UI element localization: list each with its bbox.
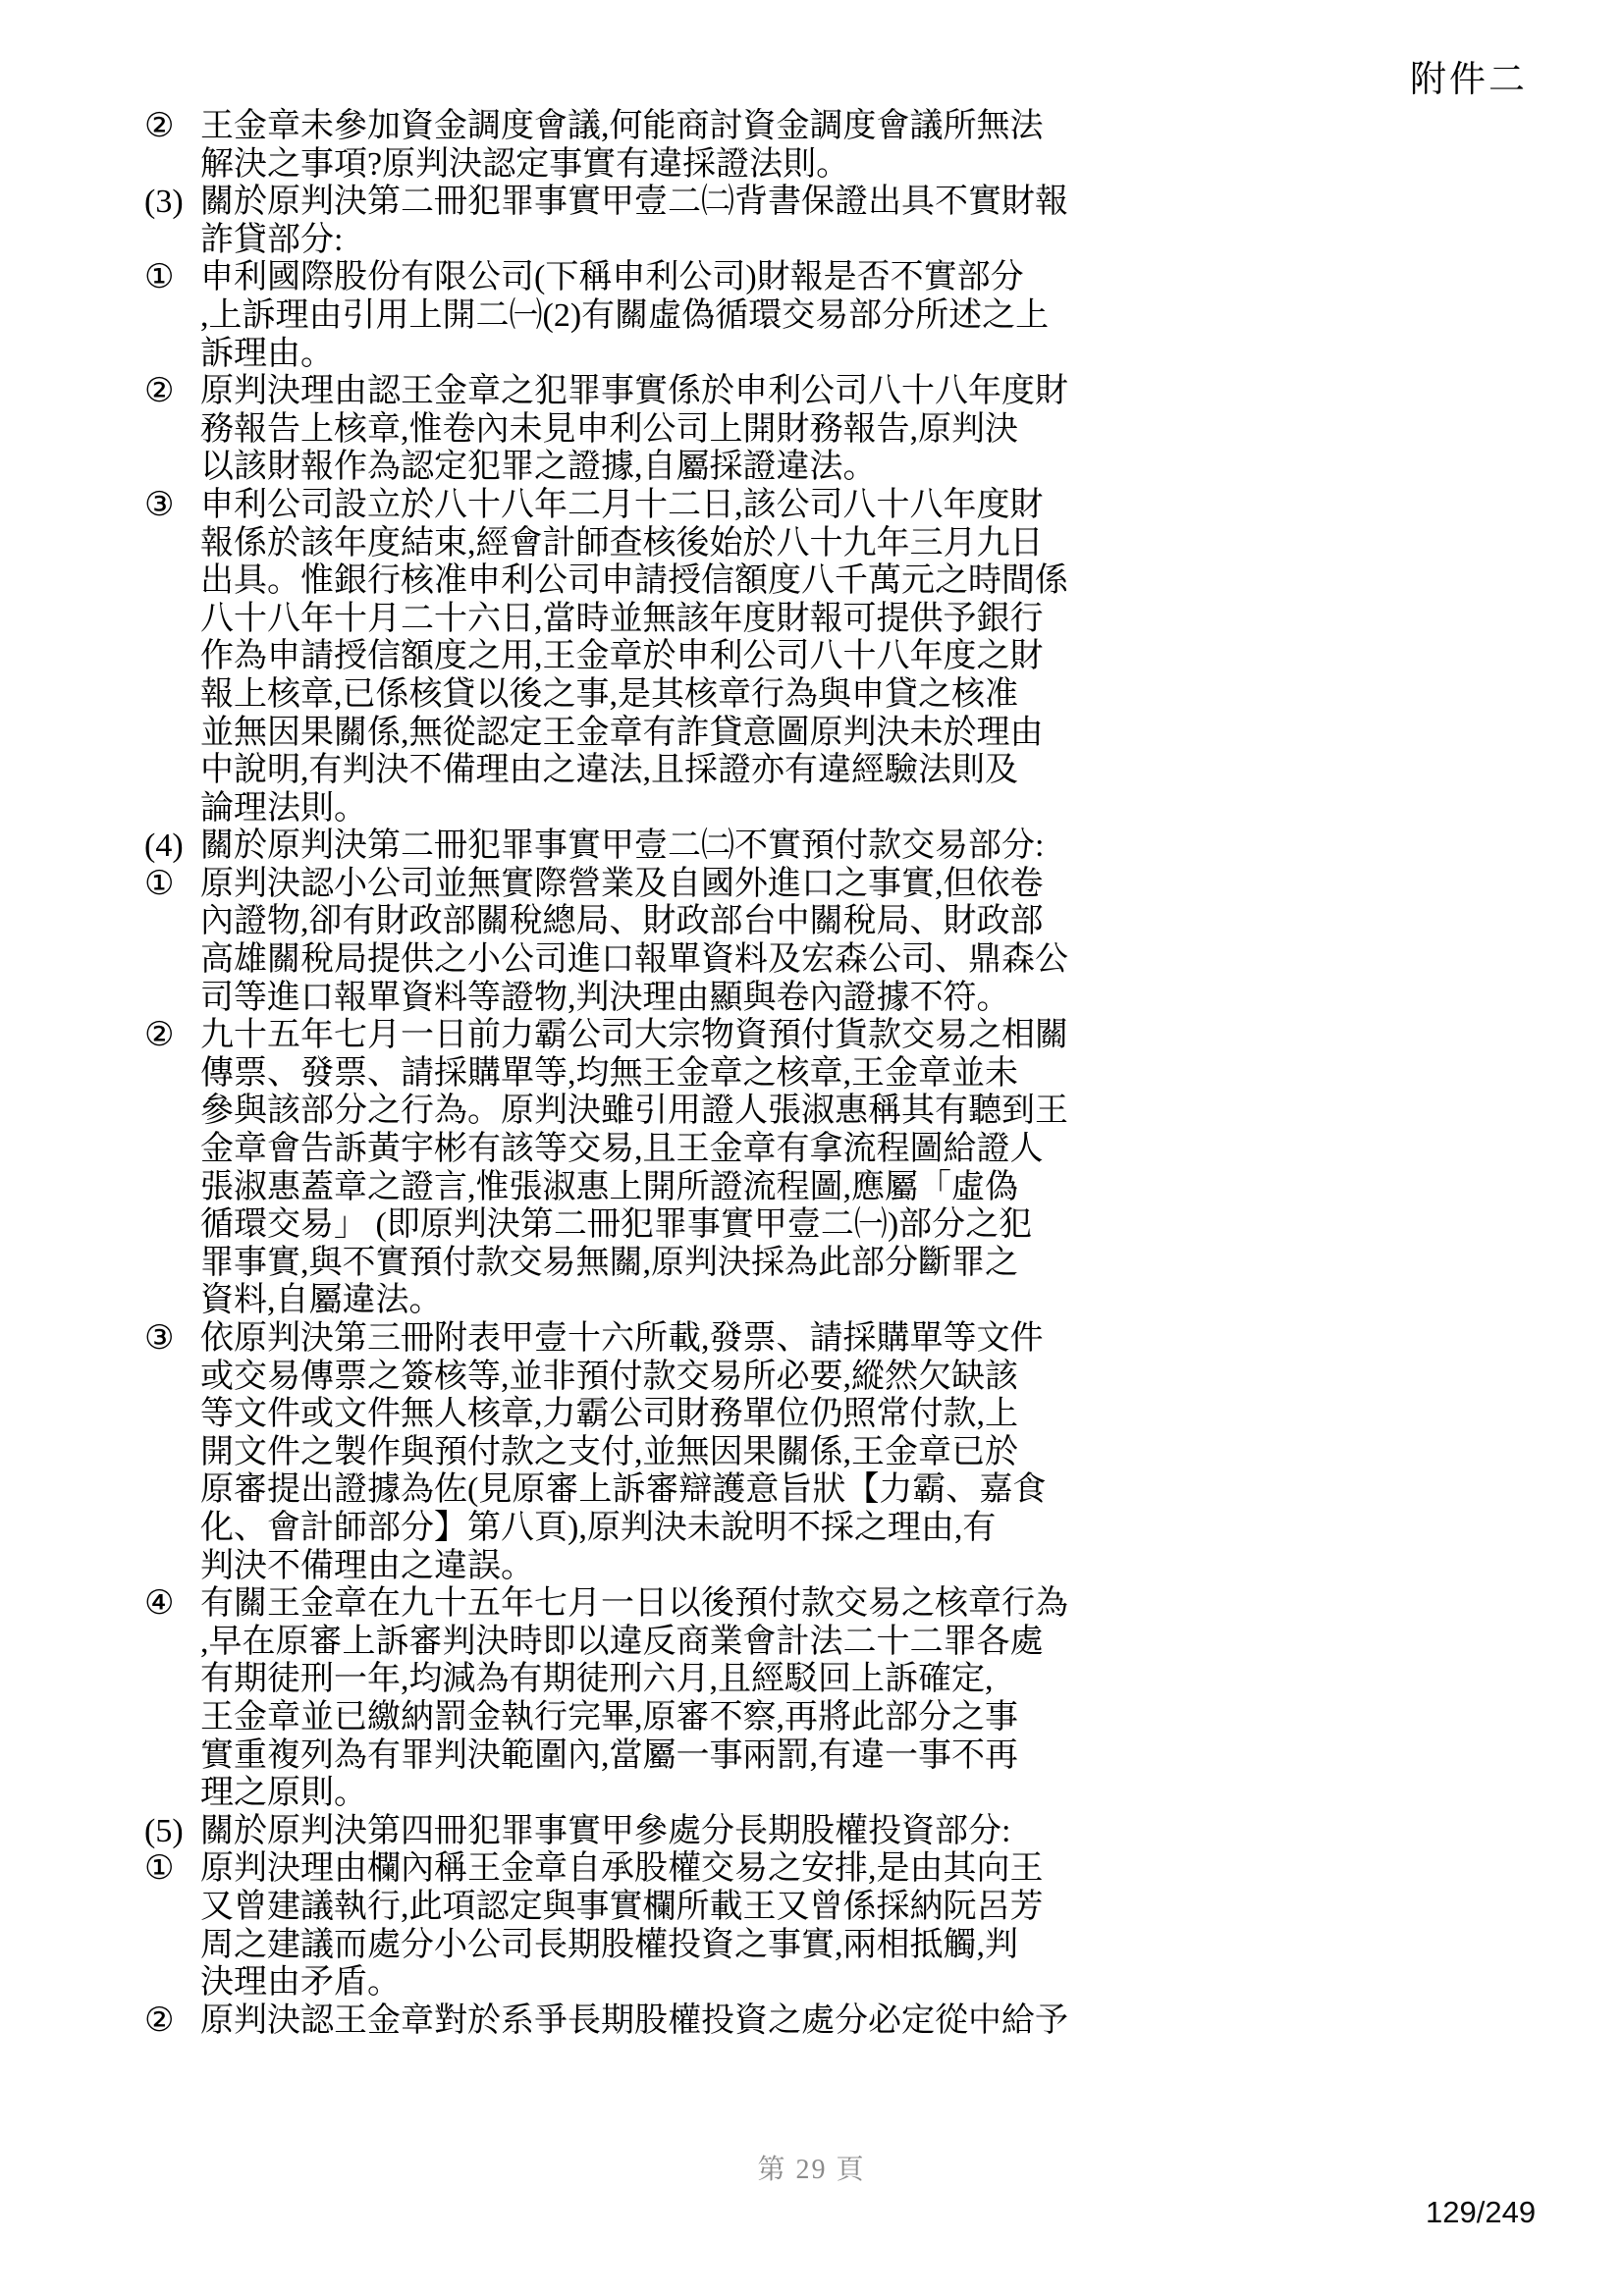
item-text: 依原判決第三冊附表甲壹十六所載,發票、請採購單等文件或交易傳票之簽核等,並非預付… [200,1320,1087,1585]
list-item: (5)關於原判決第四冊犯罪事實甲參處分長期股權投資部分: [144,1813,1087,1851]
item-marker: ② [144,108,174,146]
list-item: ②原判決理由認王金章之犯罪事實係於申利公司八十八年度財務報告上核章,惟卷內未見申… [144,373,1087,487]
item-text: 申利國際股份有限公司(下稱申利公司)財報是否不實部分,上訴理由引用上開二㈠(2)… [200,259,1087,373]
item-text: 原判決認小公司並無實際營業及自國外進口之事實,但依卷內證物,卻有財政部關稅總局、… [200,866,1087,1017]
item-marker: ① [144,259,174,297]
item-text: 王金章未參加資金調度會議,何能商討資金調度會議所無法解決之事項?原判決認定事實有… [200,108,1087,184]
item-text: 關於原判決第二冊犯罪事實甲壹二㈡不實預付款交易部分: [200,828,1087,866]
list-item: ②王金章未參加資金調度會議,何能商討資金調度會議所無法解決之事項?原判決認定事實… [144,108,1087,184]
item-text: 關於原判決第四冊犯罪事實甲參處分長期股權投資部分: [200,1813,1087,1851]
item-text: 原判決認王金章對於系爭長期股權投資之處分必定從中給予 [200,2002,1087,2041]
item-marker: ③ [144,487,174,525]
item-marker: ① [144,866,174,904]
list-item: ①申利國際股份有限公司(下稱申利公司)財報是否不實部分,上訴理由引用上開二㈠(2… [144,259,1087,373]
list-item: (4)關於原判決第二冊犯罪事實甲壹二㈡不實預付款交易部分: [144,828,1087,866]
item-text: 原判決理由認王金章之犯罪事實係於申利公司八十八年度財務報告上核章,惟卷內未見申利… [200,373,1087,487]
item-text: 九十五年七月一日前力霸公司大宗物資預付貨款交易之相關傳票、發票、請採購單等,均無… [200,1017,1087,1320]
item-marker: ① [144,1850,174,1889]
list-item: ③申利公司設立於八十八年二月十二日,該公司八十八年度財報係於該年度結束,經會計師… [144,487,1087,828]
item-marker: ④ [144,1585,174,1624]
item-marker: ② [144,1017,174,1055]
list-item: ③依原判決第三冊附表甲壹十六所載,發票、請採購單等文件或交易傳票之簽核等,並非預… [144,1320,1087,1585]
item-marker: (5) [144,1813,184,1851]
item-marker: (4) [144,828,184,866]
item-text: 關於原判決第二冊犯罪事實甲壹二㈡背書保證出具不實財報詐貸部分: [200,184,1087,259]
attachment-label: 附件二 [1410,49,1528,102]
list-item: ②九十五年七月一日前力霸公司大宗物資預付貨款交易之相關傳票、發票、請採購單等,均… [144,1017,1087,1320]
page-number-footer: 第 29 頁 [0,2148,1623,2187]
item-text: 原判決理由欄內稱王金章自承股權交易之安排,是由其向王又曾建議執行,此項認定與事實… [200,1850,1087,2002]
list-item: ④有關王金章在九十五年七月一日以後預付款交易之核章行為,早在原審上訴審判決時即以… [144,1585,1087,1813]
item-marker: ③ [144,1320,174,1359]
item-text: 有關王金章在九十五年七月一日以後預付款交易之核章行為,早在原審上訴審判決時即以違… [200,1585,1087,1813]
item-marker: ② [144,373,174,411]
list-item: ①原判決認小公司並無實際營業及自國外進口之事實,但依卷內證物,卻有財政部關稅總局… [144,866,1087,1017]
page-indicator: 129/249 [1426,2195,1536,2230]
document-page: 附件二 ②王金章未參加資金調度會議,何能商討資金調度會議所無法解決之事項?原判決… [0,0,1623,2296]
list-item: (3)關於原判決第二冊犯罪事實甲壹二㈡背書保證出具不實財報詐貸部分: [144,184,1087,259]
document-body: ②王金章未參加資金調度會議,何能商討資金調度會議所無法解決之事項?原判決認定事實… [144,108,1087,2040]
item-marker: ② [144,2002,174,2041]
list-item: ②原判決認王金章對於系爭長期股權投資之處分必定從中給予 [144,2002,1087,2041]
list-item: ①原判決理由欄內稱王金章自承股權交易之安排,是由其向王又曾建議執行,此項認定與事… [144,1850,1087,2002]
item-text: 申利公司設立於八十八年二月十二日,該公司八十八年度財報係於該年度結束,經會計師查… [200,487,1087,828]
item-marker: (3) [144,184,184,222]
